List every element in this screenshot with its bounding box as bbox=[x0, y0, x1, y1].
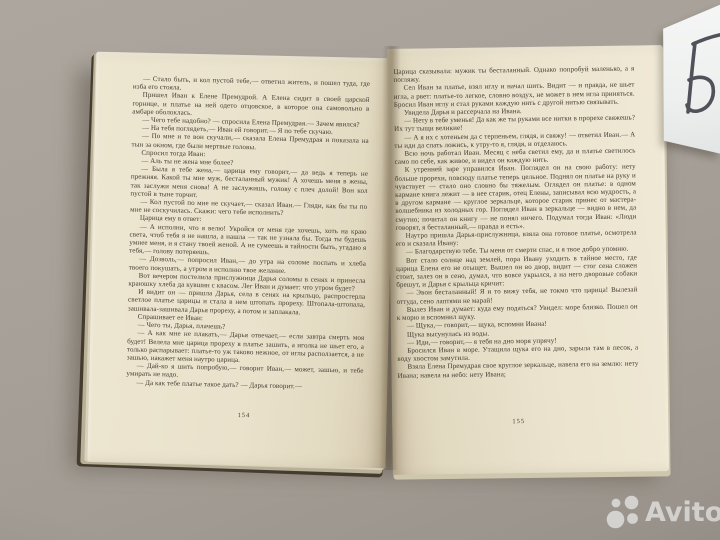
book-page-left: — Стало быть, и кол пустой тебе,— ответи… bbox=[87, 52, 394, 469]
page-left-text: — Стало быть, и кол пустой тебе,— ответи… bbox=[126, 75, 370, 392]
page-number-left: 154 bbox=[125, 409, 362, 421]
avito-watermark: Avito bbox=[606, 494, 720, 530]
paragraph: К утренней заре управился Иван. Поглядел… bbox=[395, 163, 637, 232]
book-gutter-shadow bbox=[380, 46, 401, 470]
paragraph: Вот стало солнце над землей, пора Ивану … bbox=[396, 253, 637, 289]
tag-letter-b bbox=[648, 0, 720, 160]
page-right-text: Царица сказывала: мужик ты бесталанный. … bbox=[393, 64, 638, 379]
paragraph: — А исполни, что я велю! Укройся от меня… bbox=[129, 222, 367, 260]
paragraph: — Была я тебе жена,— царица ему говорит,… bbox=[130, 165, 368, 203]
page-number-right: 155 bbox=[398, 416, 639, 426]
paragraph: — А как мне не плакать,— Дарья отвечает,… bbox=[127, 329, 365, 367]
paper-tag bbox=[648, 0, 720, 160]
avito-wordmark: Avito bbox=[645, 499, 720, 525]
photo-background: — Стало быть, и кол пустой тебе,— ответи… bbox=[0, 0, 720, 540]
paragraph: Сел Иван за платье, взял иглу и начал ши… bbox=[394, 81, 635, 109]
paragraph: Взяла Елена Премудрая свое круглое зерка… bbox=[397, 360, 638, 380]
book-page-right: Царица сказывала: мужик ты бесталанный. … bbox=[387, 45, 669, 475]
avito-logo-circles-icon bbox=[606, 494, 642, 530]
